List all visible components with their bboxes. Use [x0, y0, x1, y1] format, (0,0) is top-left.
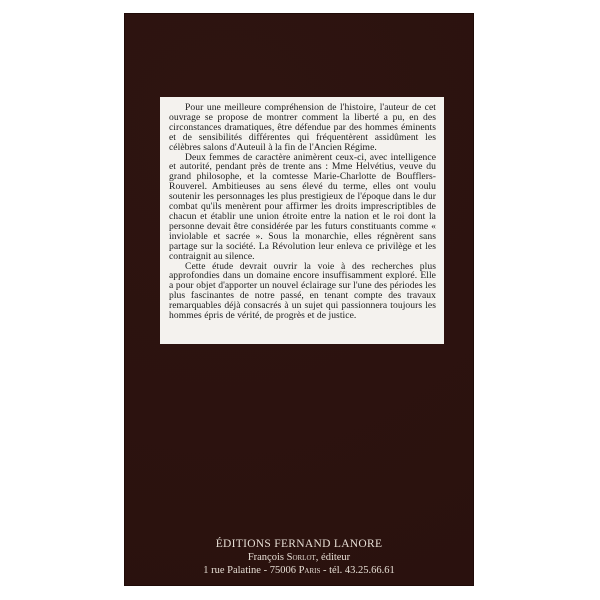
address-street: 1 rue Palatine - 75006 [203, 565, 296, 576]
editor-first-name: François [248, 552, 284, 563]
blurb-box: Pour une meilleure compréhension de l'hi… [160, 97, 444, 344]
publisher-imprint: ÉDITIONS FERNAND LANORE François Sorlot,… [124, 538, 474, 577]
publisher-address: 1 rue Palatine - 75006 Paris - tél. 43.2… [124, 564, 474, 577]
blurb-paragraph-2: Deux femmes de caractère animèrent ceux-… [169, 153, 436, 262]
blurb-paragraph-1: Pour une meilleure compréhension de l'hi… [169, 103, 436, 153]
address-phone: - tél. 43.25.66.61 [323, 565, 395, 576]
editor-role: , éditeur [316, 552, 350, 563]
editor-last-name: Sorlot [287, 552, 316, 563]
publisher-editor: François Sorlot, éditeur [124, 551, 474, 564]
address-city: Paris [299, 565, 321, 576]
book-back-cover: Pour une meilleure compréhension de l'hi… [124, 13, 474, 586]
publisher-name: ÉDITIONS FERNAND LANORE [124, 538, 474, 551]
blurb-paragraph-3: Cette étude devrait ouvrir la voie à des… [169, 262, 436, 321]
